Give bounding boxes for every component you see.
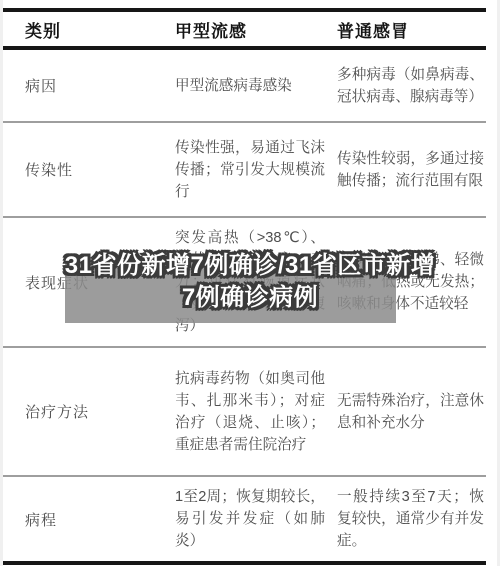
headline-line-2: 7例确诊病例 [3, 282, 497, 314]
flu-cell: 甲型流感病毒感染 [175, 66, 337, 106]
header-cell-category: 类别 [25, 17, 175, 42]
table-header-row: 类别 甲型流感 普通感冒 [3, 12, 486, 50]
flu-cell: 抗病毒药物（如奥司他韦、扎那米韦）；对症治疗（退烧、止咳）；重症患者需住院治疗 [175, 359, 337, 465]
cold-cell: 多种病毒（如鼻病毒、冠状病毒、腺病毒等） [337, 55, 486, 117]
table-row-cause: 病因 甲型流感病毒感染 多种病毒（如鼻病毒、冠状病毒、腺病毒等） [3, 50, 486, 121]
cold-cell: 无需特殊治疗，注意休息和补充水分 [337, 381, 486, 443]
row-label: 传染性 [25, 159, 175, 180]
cold-cell: 传染性较弱，多通过接触传播；流行范围有限 [337, 139, 486, 201]
headline-overlay-title: 31省份新增7例确诊/31省区市新增 7例确诊病例 [3, 250, 497, 314]
headline-line-1: 31省份新增7例确诊/31省区市新增 [3, 250, 497, 282]
flu-cell: 传染性强，易通过飞沫传播；常引发大规模流行 [175, 128, 337, 212]
table-row-duration: 病程 1至2周；恢复期较长，易引发并发症（如肺炎） 一般持续3至7天；恢复较快，… [3, 475, 486, 561]
table-row-treatment: 治疗方法 抗病毒药物（如奥司他韦、扎那米韦）；对症治疗（退烧、止咳）；重症患者需… [3, 346, 486, 475]
cold-cell: 一般持续3至7天；恢复较快，通常少有并发症。 [337, 477, 486, 561]
row-label: 病因 [25, 75, 175, 96]
header-cell-flu: 甲型流感 [175, 17, 337, 42]
flu-cell: 1至2周；恢复期较长，易引发并发症（如肺炎） [175, 477, 337, 561]
table-row-contagiousness: 传染性 传染性强，易通过飞沫传播；常引发大规模流行 传染性较弱，多通过接触传播；… [3, 121, 486, 216]
page: 类别 甲型流感 普通感冒 病因 甲型流感病毒感染 多种病毒（如鼻病毒、冠状病毒、… [0, 0, 500, 566]
header-cell-cold: 普通感冒 [337, 17, 486, 42]
row-label: 病程 [25, 509, 175, 530]
row-label: 治疗方法 [25, 401, 175, 422]
